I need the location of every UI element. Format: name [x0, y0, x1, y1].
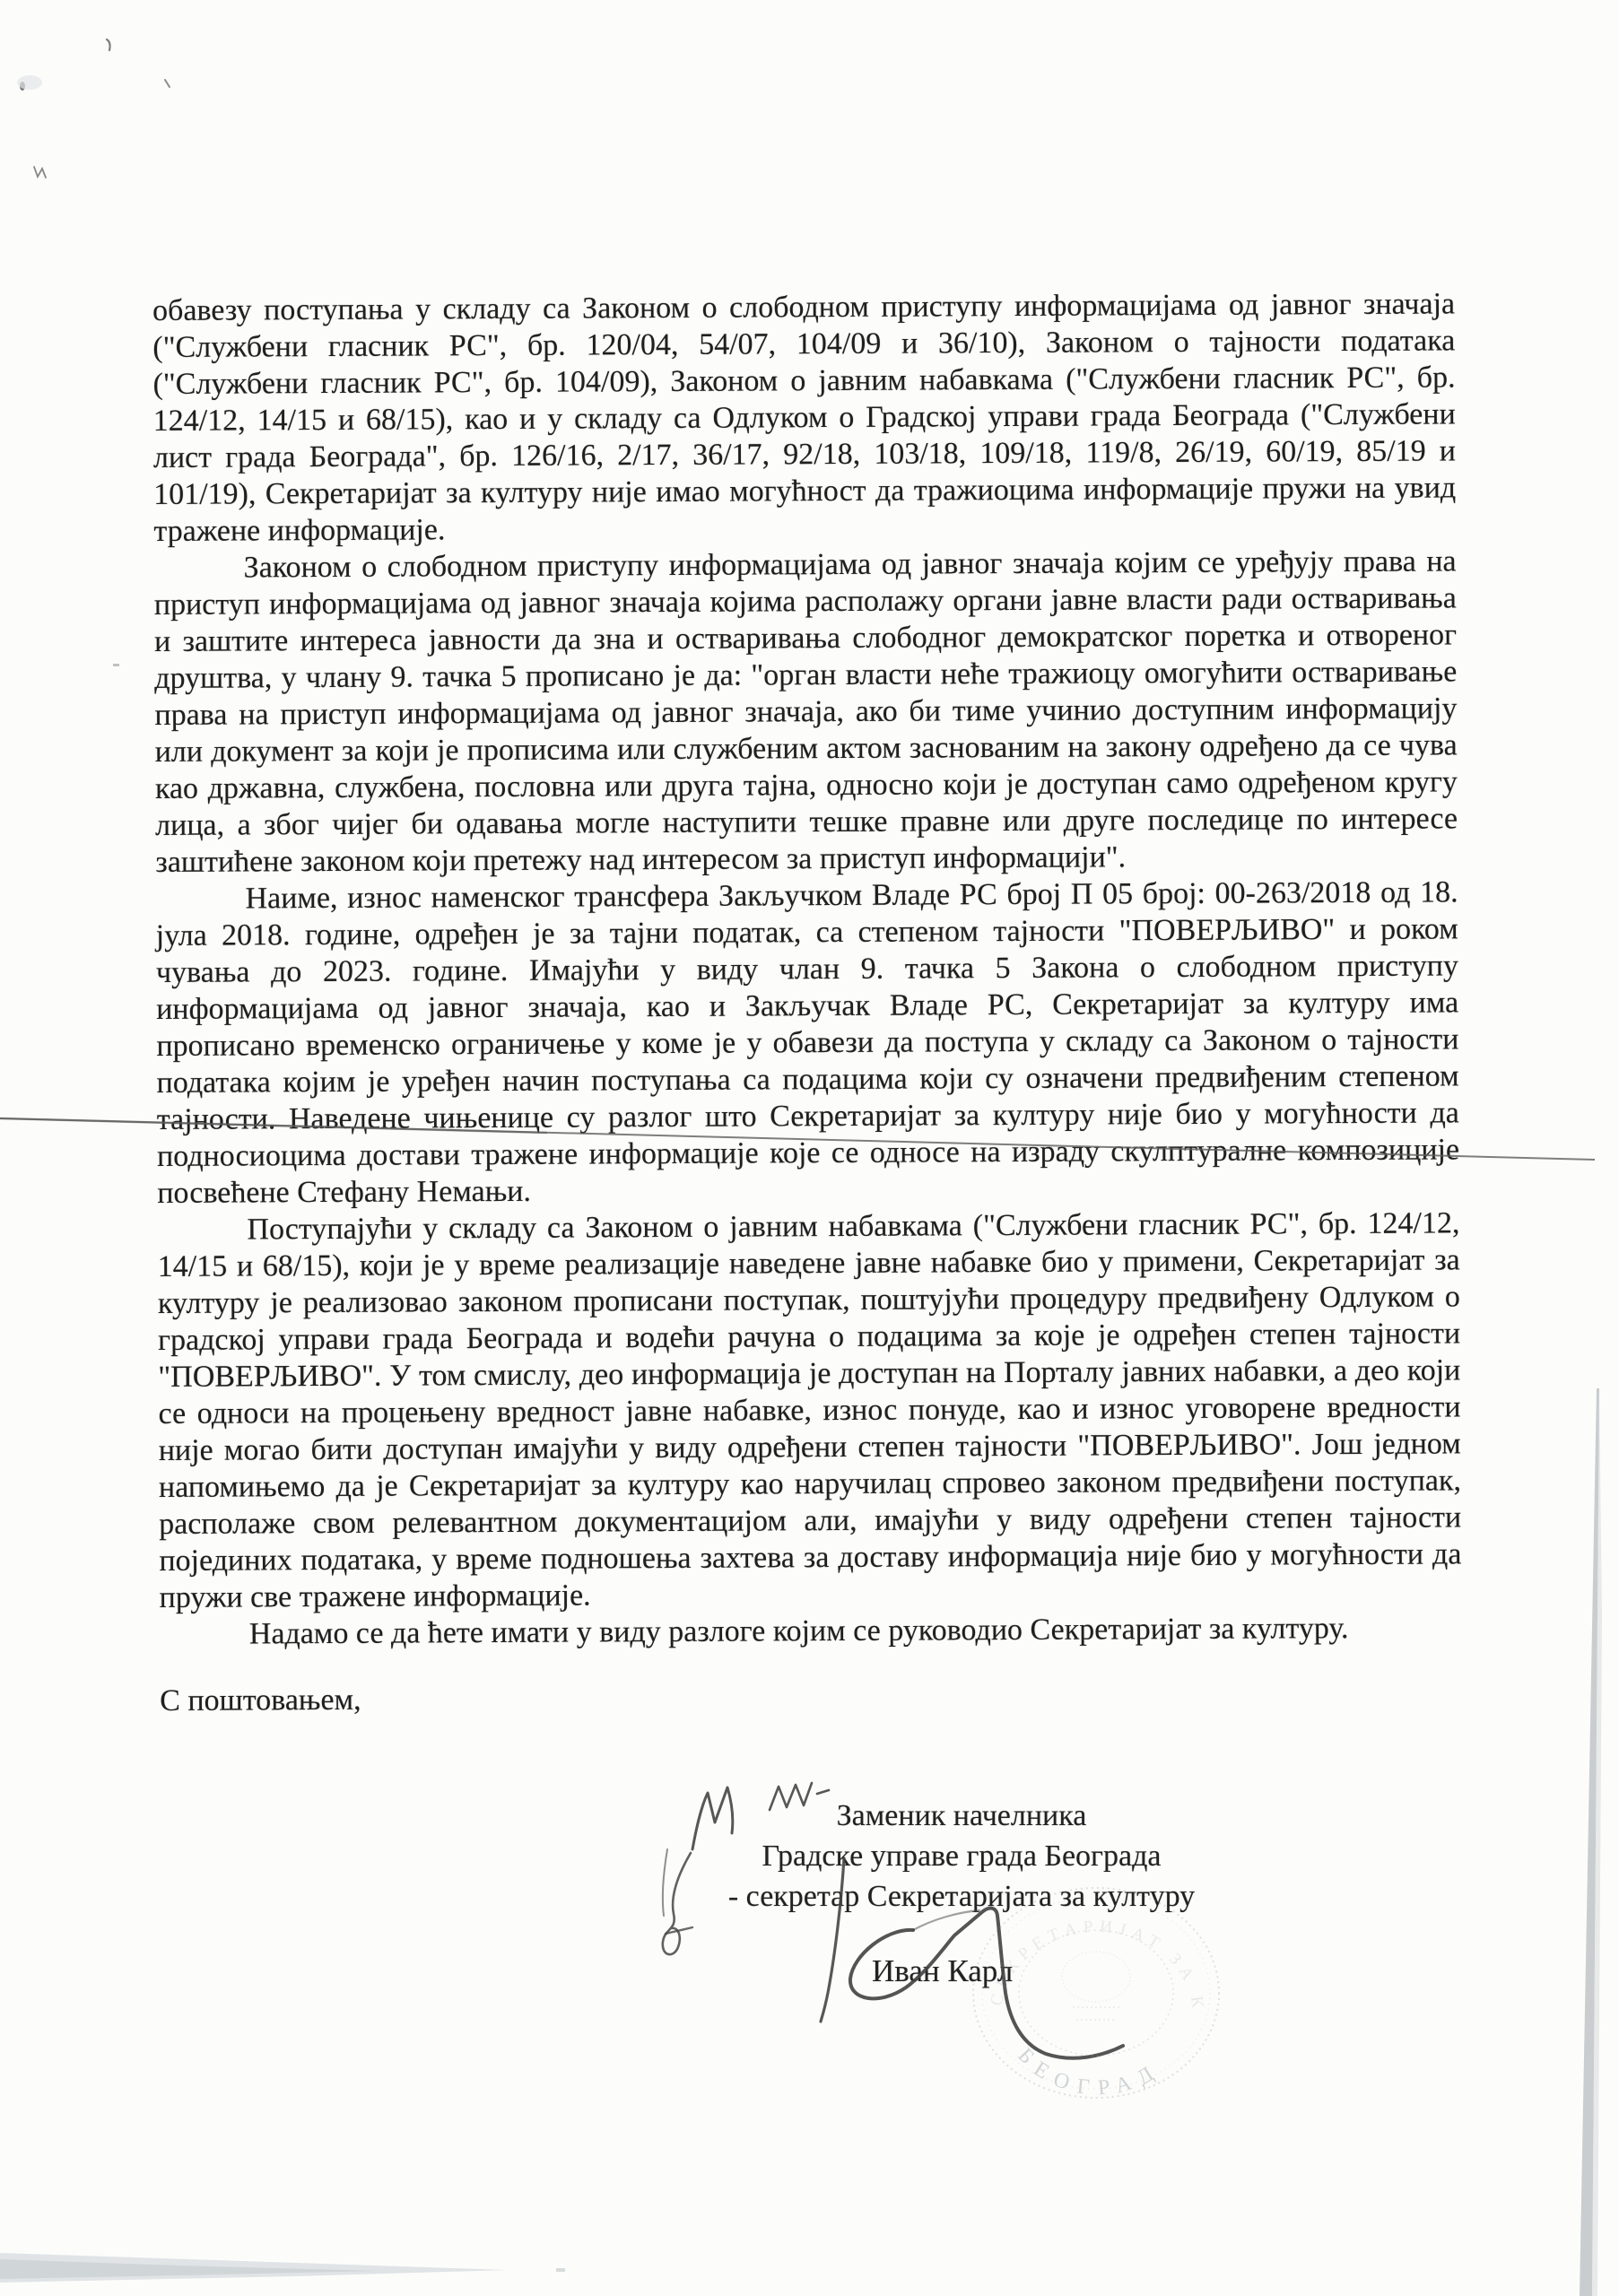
letter-paragraph-3: Наиме, износ наменског трансфера Закључк…: [155, 874, 1459, 1212]
scan-specks-top-left: [17, 39, 170, 666]
scrawl-dash: [666, 1927, 692, 1934]
signature-block: Заменик начелника Градске управе града Б…: [727, 1796, 1197, 1917]
letter-paragraph-4: Поступајући у складу са Законом о јавним…: [157, 1205, 1461, 1616]
signer-name: Иван Карл: [872, 1953, 1013, 1989]
speck-tick: [165, 80, 170, 87]
stamp-bottom-text: БЕОГРАД: [1013, 2044, 1166, 2100]
speck-mid-left: [113, 664, 119, 666]
speck-mark: [34, 167, 46, 178]
stamp-inner-ring: [1019, 1930, 1173, 2056]
closing-salutation: С поштовањем,: [160, 1675, 1462, 1719]
bottom-speck: [556, 2268, 565, 2272]
speck-dot: [20, 82, 25, 91]
letter-paragraph-5: Надамо се да ћете имати у виду разлоге к…: [160, 1609, 1462, 1653]
stamp-outer-ring: [973, 1888, 1219, 2098]
stamp-bottom-textpath: БЕОГРАД: [1013, 2044, 1166, 2100]
letter-paragraph-2: Законом о слободном приступу информација…: [154, 543, 1458, 881]
letter-body: обавезу поступања у складу са Законом о …: [152, 285, 1462, 1719]
scrawl-tail: [663, 1849, 667, 1916]
scan-shadow-right-edge: [1580, 1388, 1602, 2296]
letter-paragraph-1: обавезу поступања у складу са Законом о …: [152, 285, 1456, 550]
stamp-middle-ring: [982, 1897, 1210, 2089]
speck-smudge: [17, 75, 42, 90]
signer-title-line-2: Градске управе града Београда: [727, 1836, 1197, 1876]
signer-title-line-1: Заменик начелника: [727, 1796, 1197, 1836]
right-edge-wedge-outer: [1592, 1388, 1602, 2296]
speck-apostrophe: [107, 39, 110, 50]
bottom-wedge-light: [0, 2253, 507, 2283]
scan-shadow-bottom-left: [0, 2253, 565, 2283]
stamp-emblem: [1062, 1952, 1130, 2020]
scrawl-loops: [663, 1853, 691, 1954]
bottom-wedge-dark: [0, 2259, 377, 2279]
signer-title-line-3: - секретар Секретаријата за културу: [727, 1876, 1197, 1917]
right-edge-wedge: [1580, 1388, 1599, 2296]
scanned-letter-page: обавезу поступања у складу са Законом о …: [0, 0, 1619, 2296]
squiggle-dash: [817, 1790, 829, 1794]
